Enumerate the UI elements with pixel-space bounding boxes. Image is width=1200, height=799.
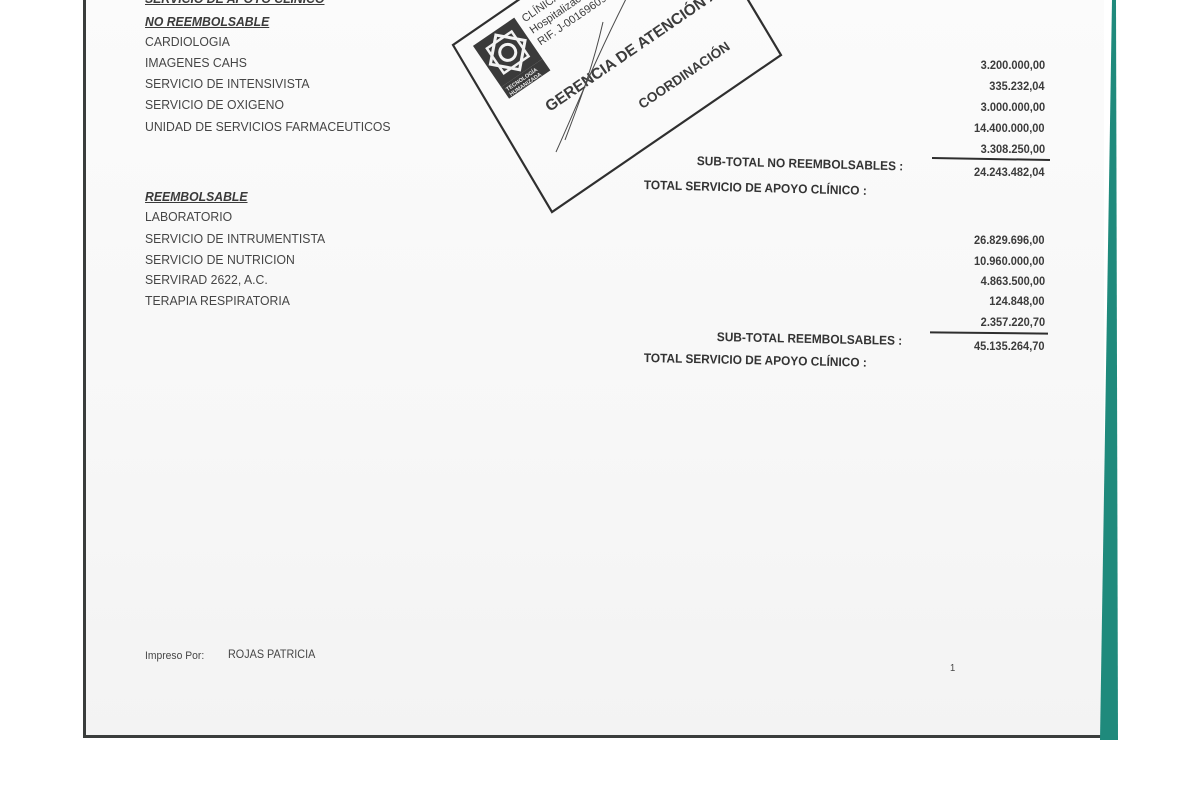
item-name: SERVIRAD 2622, A.C.	[145, 272, 268, 287]
item-name: IMAGENES CAHS	[145, 55, 247, 70]
subtotal-amount: 45.135.264,70	[974, 341, 1045, 353]
subtotal-amount: 24.243.482,04	[974, 167, 1045, 179]
item-name: UNIDAD DE SERVICIOS FARMACEUTICOS	[145, 119, 391, 134]
item-amount: 335.232,04	[990, 81, 1045, 93]
non-reimbursable-header: NO REEMBOLSABLE	[145, 14, 269, 29]
item-amount: 124.848,00	[990, 296, 1045, 308]
item-amount: 10.960.000,00	[974, 256, 1045, 268]
page-number: 1	[950, 663, 955, 674]
item-name: SERVICIO DE INTRUMENTISTA	[145, 231, 325, 246]
item-amount: 3.308.250,00	[981, 144, 1045, 156]
item-name: TERAPIA RESPIRATORIA	[145, 293, 290, 308]
item-amount: 3.200.000,00	[981, 60, 1045, 72]
item-amount: 2.357.220,70	[981, 317, 1045, 329]
item-name: CARDIOLOGIA	[145, 34, 230, 49]
item-amount: 3.000.000,00	[981, 102, 1045, 114]
section-title: SERVICIO DE APOYO CLINICO	[145, 0, 324, 6]
item-amount: 14.400.000,00	[974, 123, 1045, 135]
printed-by-label: Impreso Por:	[145, 650, 204, 662]
item-amount: 4.863.500,00	[981, 276, 1045, 288]
item-name: SERVICIO DE INTENSIVISTA	[145, 76, 310, 91]
printed-by-name: ROJAS PATRICIA	[228, 649, 315, 661]
item-name: LABORATORIO	[145, 209, 232, 224]
item-name: SERVICIO DE NUTRICION	[145, 252, 295, 267]
item-amount: 26.829.696,00	[974, 235, 1045, 247]
reimbursable-header: REEMBOLSABLE	[145, 189, 248, 204]
item-name: SERVICIO DE OXIGENO	[145, 97, 284, 112]
